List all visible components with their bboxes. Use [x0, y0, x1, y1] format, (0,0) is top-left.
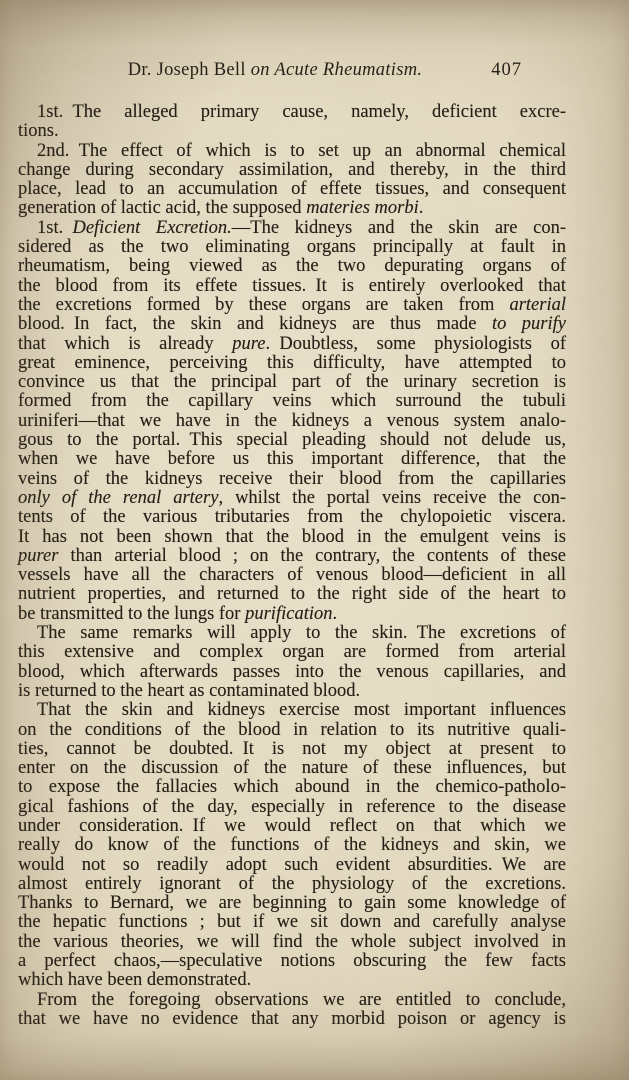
- text-run: under consideration. If we would reflect…: [18, 816, 566, 836]
- paragraph: 1st. The alleged primary cause, namely, …: [18, 103, 566, 142]
- italic-text-run: Deficient Excretion.: [72, 218, 231, 238]
- text-run: veins of the kidneys receive their blood…: [18, 469, 566, 489]
- text-line: gous to the portal. This special pleadin…: [18, 431, 566, 450]
- page-number: 407: [491, 60, 522, 81]
- text-run: nutrient properties, and returned to the…: [18, 584, 566, 604]
- paragraph: 2nd. The effect of which is to set up an…: [18, 142, 566, 219]
- text-run: tents of the various tributaries from th…: [18, 507, 566, 527]
- text-run: That the skin and kidneys exercise most …: [37, 700, 566, 720]
- text-line: blood, which afterwards passes into the …: [18, 663, 566, 682]
- text-line: convince us that the principal part of t…: [18, 373, 566, 392]
- text-line: change during secondary assimilation, an…: [18, 161, 566, 180]
- text-line: under consideration. If we would reflect…: [18, 817, 566, 836]
- text-run: the hepatic functions ; but if we sit do…: [18, 912, 566, 932]
- paragraph: 1st. Deficient Excretion.—The kidneys an…: [18, 219, 566, 624]
- text-run: really do know of the functions of the k…: [18, 835, 566, 855]
- text-run: would not so readily adopt such evident …: [18, 855, 566, 875]
- text-line: From the foregoing observations we are e…: [18, 991, 566, 1010]
- text-line: place, lead to an accumulation of effete…: [18, 180, 566, 199]
- text-line: 1st. Deficient Excretion.—The kidneys an…: [18, 219, 566, 238]
- text-run: on the conditions of the blood in relati…: [18, 720, 566, 740]
- text-run: 1st.: [37, 218, 72, 238]
- text-run: a perfect chaos,—speculative notions obs…: [18, 951, 566, 971]
- text-run: . Doubtless, some physiologists of: [265, 334, 566, 354]
- page-title: Dr. Joseph Bell on Acute Rheumatism.: [128, 60, 423, 81]
- text-line: vessels have all the characters of venou…: [18, 566, 566, 585]
- text-run: tions.: [18, 121, 59, 141]
- text-run: sidered as the two eliminating organs pr…: [18, 237, 566, 257]
- text-run: great eminence, perceiving this difficul…: [18, 353, 566, 373]
- text-run: .: [332, 604, 337, 624]
- text-line: nutrient properties, and returned to the…: [18, 585, 566, 604]
- paragraph: That the skin and kidneys exercise most …: [18, 701, 566, 990]
- text-line: sidered as the two eliminating organs pr…: [18, 238, 566, 257]
- text-run: to expose the fallacies which abound in …: [18, 777, 566, 797]
- text-run: convince us that the principal part of t…: [18, 372, 566, 392]
- text-run: .: [419, 198, 424, 218]
- text-line: veins of the kidneys receive their blood…: [18, 470, 566, 489]
- text-line: only of the renal artery, whilst the por…: [18, 489, 566, 508]
- page-title-author: Dr. Joseph Bell: [128, 60, 246, 80]
- text-line: which have been demonstrated.: [18, 971, 566, 990]
- text-line: tions.: [18, 122, 566, 141]
- text-line: ties, cannot be doubted. It is not my ob…: [18, 740, 566, 759]
- text-line: purer than arterial blood ; on the contr…: [18, 547, 566, 566]
- text-run: vessels have all the characters of venou…: [18, 565, 566, 585]
- text-line: when we have before us this important di…: [18, 450, 566, 469]
- text-run: formed from the capillary veins which su…: [18, 391, 566, 411]
- scanned-book-page: Dr. Joseph Bell on Acute Rheumatism. 407…: [0, 0, 629, 1080]
- text-line: gical fashions of the day, especially in…: [18, 798, 566, 817]
- text-line: That the skin and kidneys exercise most …: [18, 701, 566, 720]
- text-run: the excretions formed by these organs ar…: [18, 295, 509, 315]
- paragraph: The same remarks will apply to the skin.…: [18, 624, 566, 701]
- text-run: be transmitted to the lungs for: [18, 604, 245, 624]
- text-line: 2nd. The effect of which is to set up an…: [18, 142, 566, 161]
- text-run: gical fashions of the day, especially in…: [18, 797, 566, 817]
- text-run: when we have before us this important di…: [18, 449, 566, 469]
- text-run: that which is already: [18, 334, 232, 354]
- text-run: blood. In fact, the skin and kidneys are…: [18, 314, 492, 334]
- text-line: this extensive and complex organ are for…: [18, 643, 566, 662]
- text-run: the various theories, we will find the w…: [18, 932, 566, 952]
- text-line: generation of lactic acid, the supposed …: [18, 199, 566, 218]
- italic-text-run: arterial: [509, 295, 566, 315]
- text-line: on the conditions of the blood in relati…: [18, 721, 566, 740]
- text-run: generation of lactic acid, the supposed: [18, 198, 306, 218]
- text-run: uriniferi—that we have in the kidneys a …: [18, 411, 566, 431]
- text-line: really do know of the functions of the k…: [18, 836, 566, 855]
- italic-text-run: purification: [245, 604, 332, 624]
- text-run: enter on the discussion of the nature of…: [18, 758, 566, 778]
- text-line: tents of the various tributaries from th…: [18, 508, 566, 527]
- text-line: the various theories, we will find the w…: [18, 933, 566, 952]
- text-run: the blood from its effete tissues. It is…: [18, 276, 566, 296]
- running-header: Dr. Joseph Bell on Acute Rheumatism. 407: [18, 60, 566, 88]
- italic-text-run: to purify: [492, 314, 566, 334]
- italic-text-run: purer: [18, 546, 58, 566]
- text-run: almost entirely ignorant of the physiolo…: [18, 874, 566, 894]
- text-run: It has not been shown that the blood in …: [18, 527, 566, 547]
- text-run: gous to the portal. This special pleadin…: [18, 430, 566, 450]
- text-run: Thanks to Bernard, we are beginning to g…: [18, 893, 566, 913]
- text-line: 1st. The alleged primary cause, namely, …: [18, 103, 566, 122]
- text-run: The same remarks will apply to the skin.…: [37, 623, 566, 643]
- page-body: 1st. The alleged primary cause, namely, …: [18, 103, 566, 1029]
- text-run: this extensive and complex organ are for…: [18, 642, 566, 662]
- text-line: enter on the discussion of the nature of…: [18, 759, 566, 778]
- text-run: which have been demonstrated.: [18, 970, 251, 990]
- text-line: the excretions formed by these organs ar…: [18, 296, 566, 315]
- paragraph: From the foregoing observations we are e…: [18, 991, 566, 1030]
- text-run: blood, which afterwards passes into the …: [18, 662, 566, 682]
- text-line: formed from the capillary veins which su…: [18, 392, 566, 411]
- italic-text-run: pure: [232, 334, 265, 354]
- text-run: is returned to the heart as contaminated…: [18, 681, 360, 701]
- text-line: is returned to the heart as contaminated…: [18, 682, 566, 701]
- text-line: the hepatic functions ; but if we sit do…: [18, 913, 566, 932]
- text-line: great eminence, perceiving this difficul…: [18, 354, 566, 373]
- text-line: almost entirely ignorant of the physiolo…: [18, 875, 566, 894]
- text-line: Thanks to Bernard, we are beginning to g…: [18, 894, 566, 913]
- text-run: 2nd. The effect of which is to set up an…: [37, 141, 566, 161]
- text-run: change during secondary assimilation, an…: [18, 160, 566, 180]
- text-run: than arterial blood ; on the contrary, t…: [58, 546, 566, 566]
- text-line: a perfect chaos,—speculative notions obs…: [18, 952, 566, 971]
- text-line: The same remarks will apply to the skin.…: [18, 624, 566, 643]
- text-run: —The kidneys and the skin are con-: [232, 218, 566, 238]
- text-line: would not so readily adopt such evident …: [18, 856, 566, 875]
- text-line: the blood from its effete tissues. It is…: [18, 277, 566, 296]
- text-line: rheumatism, being viewed as the two depu…: [18, 257, 566, 276]
- text-run: , whilst the portal veins receive the co…: [218, 488, 566, 508]
- text-line: be transmitted to the lungs for purifica…: [18, 605, 566, 624]
- text-run: rheumatism, being viewed as the two depu…: [18, 256, 566, 276]
- text-line: that which is already pure. Doubtless, s…: [18, 335, 566, 354]
- text-line: uriniferi—that we have in the kidneys a …: [18, 412, 566, 431]
- italic-text-run: only of the renal artery: [18, 488, 218, 508]
- text-line: that we have no evidence that any morbid…: [18, 1010, 566, 1029]
- text-run: that we have no evidence that any morbid…: [18, 1009, 566, 1029]
- text-run: place, lead to an accumulation of effete…: [18, 179, 566, 199]
- italic-text-run: materies morbi: [306, 198, 419, 218]
- page-title-work: on Acute Rheumatism.: [246, 60, 423, 80]
- text-line: to expose the fallacies which abound in …: [18, 778, 566, 797]
- text-line: blood. In fact, the skin and kidneys are…: [18, 315, 566, 334]
- text-run: 1st. The alleged primary cause, namely, …: [37, 102, 566, 122]
- text-run: ties, cannot be doubted. It is not my ob…: [18, 739, 566, 759]
- text-run: From the foregoing observations we are e…: [37, 990, 566, 1010]
- text-line: It has not been shown that the blood in …: [18, 528, 566, 547]
